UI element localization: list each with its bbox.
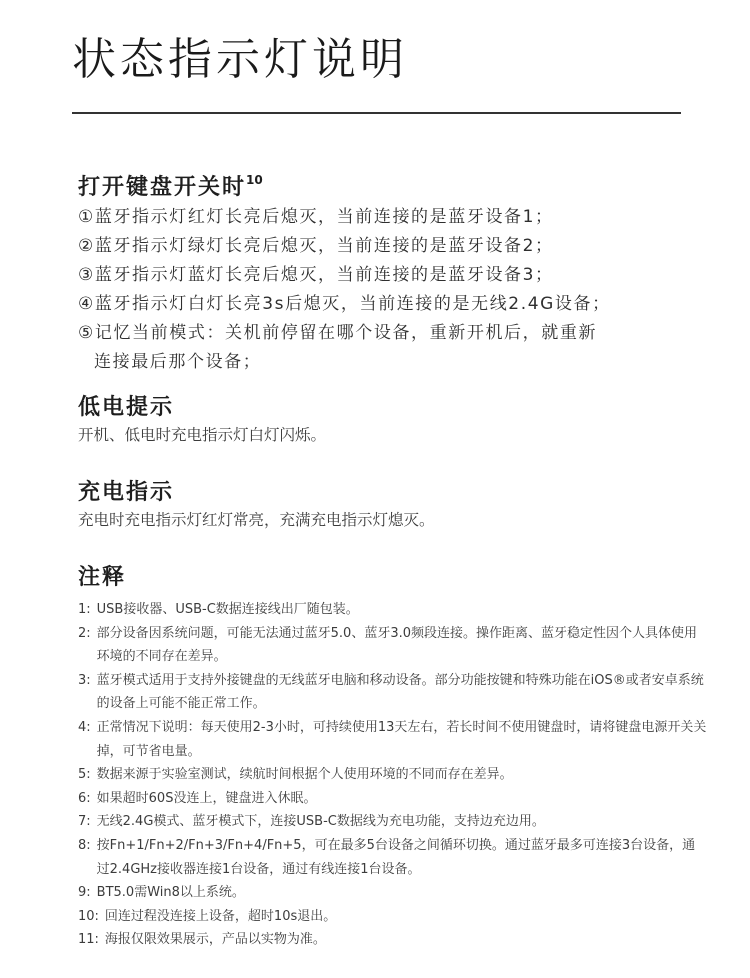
note-text: 蓝牙模式适用于支持外接键盘的无线蓝牙电脑和移动设备。部分功能按键和特殊功能在iO… [97, 669, 708, 716]
note-item: 6:如果超时60S没连上，键盘进入休眠。 [78, 787, 708, 811]
note-text: 按Fn+1/Fn+2/Fn+3/Fn+4/Fn+5，可在最多5台设备之间循环切换… [97, 834, 708, 881]
note-number: 6: [78, 787, 97, 811]
note-number: 9: [78, 881, 97, 905]
charging-body: 充电时充电指示灯红灯常亮，充满充电指示灯熄灭。 [78, 508, 435, 532]
note-item: 10:回连过程没连接上设备，超时10s退出。 [78, 905, 708, 929]
note-item: 4:正常情况下说明：每天使用2-3小时，可持续使用13天左右，若长时间不使用键盘… [78, 716, 708, 763]
note-text: 部分设备因系统问题，可能无法通过蓝牙5.0、蓝牙3.0频段连接。操作距离、蓝牙稳… [97, 622, 708, 669]
note-item: 5:数据来源于实验室测试，续航时间根据个人使用环境的不同而存在差异。 [78, 763, 708, 787]
page-title: 状态指示灯说明 [72, 30, 408, 90]
section-heading-low-battery: 低电提示 [78, 393, 326, 423]
note-item: 1:USB接收器、USB-C数据连接线出厂随包装。 [78, 598, 708, 622]
note-text: USB接收器、USB-C数据连接线出厂随包装。 [97, 598, 708, 622]
step-item-4: ④蓝牙指示灯白灯长亮3s后熄灭，当前连接的是无线2.4G设备； [78, 290, 611, 319]
section-notes: 注释 [78, 563, 126, 593]
step-item-2: ②蓝牙指示灯绿灯长亮后熄灭，当前连接的是蓝牙设备2； [78, 232, 611, 261]
low-battery-body: 开机、低电时充电指示灯白灯闪烁。 [78, 423, 326, 447]
note-number: 10: [78, 905, 105, 929]
note-item: 3:蓝牙模式适用于支持外接键盘的无线蓝牙电脑和移动设备。部分功能按键和特殊功能在… [78, 669, 708, 716]
section-low-battery: 低电提示 开机、低电时充电指示灯白灯闪烁。 [78, 393, 326, 447]
notes-list: 1:USB接收器、USB-C数据连接线出厂随包装。 2:部分设备因系统问题，可能… [78, 598, 708, 952]
note-number: 8: [78, 834, 97, 881]
note-text: 如果超时60S没连上，键盘进入休眠。 [97, 787, 708, 811]
note-text: 无线2.4G模式、蓝牙模式下，连接USB-C数据线为充电功能，支持边充边用。 [97, 810, 708, 834]
note-text: 回连过程没连接上设备，超时10s退出。 [105, 905, 708, 929]
section-charging: 充电指示 充电时充电指示灯红灯常亮，充满充电指示灯熄灭。 [78, 478, 435, 532]
heading-text: 打开键盘开关时 [78, 175, 246, 200]
note-item: 9:BT5.0需Win8以上系统。 [78, 881, 708, 905]
step-item-5-continuation: 连接最后那个设备； [78, 348, 611, 377]
power-on-steps: ①蓝牙指示灯红灯长亮后熄灭，当前连接的是蓝牙设备1； ②蓝牙指示灯绿灯长亮后熄灭… [78, 203, 611, 377]
note-item: 7:无线2.4G模式、蓝牙模式下，连接USB-C数据线为充电功能，支持边充边用。 [78, 810, 708, 834]
note-text: BT5.0需Win8以上系统。 [97, 881, 708, 905]
note-number: 11: [78, 928, 105, 952]
section-power-on: 打开键盘开关时10 ①蓝牙指示灯红灯长亮后熄灭，当前连接的是蓝牙设备1； ②蓝牙… [78, 165, 611, 377]
note-number: 3: [78, 669, 97, 716]
section-heading-power-on: 打开键盘开关时10 [78, 165, 611, 203]
note-item: 8:按Fn+1/Fn+2/Fn+3/Fn+4/Fn+5，可在最多5台设备之间循环… [78, 834, 708, 881]
note-text: 海报仅限效果展示，产品以实物为准。 [105, 928, 708, 952]
footnote-ref: 10 [246, 173, 263, 187]
step-item-5-text: ⑤记忆当前模式：关机前停留在哪个设备，重新开机后，就重新 [78, 323, 597, 343]
note-number: 1: [78, 598, 97, 622]
note-number: 7: [78, 810, 97, 834]
step-item-3: ③蓝牙指示灯蓝灯长亮后熄灭，当前连接的是蓝牙设备3； [78, 261, 611, 290]
step-item-1: ①蓝牙指示灯红灯长亮后熄灭，当前连接的是蓝牙设备1； [78, 203, 611, 232]
note-text: 数据来源于实验室测试，续航时间根据个人使用环境的不同而存在差异。 [97, 763, 708, 787]
step-item-5: ⑤记忆当前模式：关机前停留在哪个设备，重新开机后，就重新连接最后那个设备； [78, 319, 611, 377]
note-number: 4: [78, 716, 97, 763]
section-heading-charging: 充电指示 [78, 478, 435, 508]
note-item: 2:部分设备因系统问题，可能无法通过蓝牙5.0、蓝牙3.0频段连接。操作距离、蓝… [78, 622, 708, 669]
note-item: 11:海报仅限效果展示，产品以实物为准。 [78, 928, 708, 952]
title-divider [72, 112, 681, 114]
note-number: 2: [78, 622, 97, 669]
section-heading-notes: 注释 [78, 563, 126, 593]
note-number: 5: [78, 763, 97, 787]
note-text: 正常情况下说明：每天使用2-3小时，可持续使用13天左右，若长时间不使用键盘时，… [97, 716, 708, 763]
